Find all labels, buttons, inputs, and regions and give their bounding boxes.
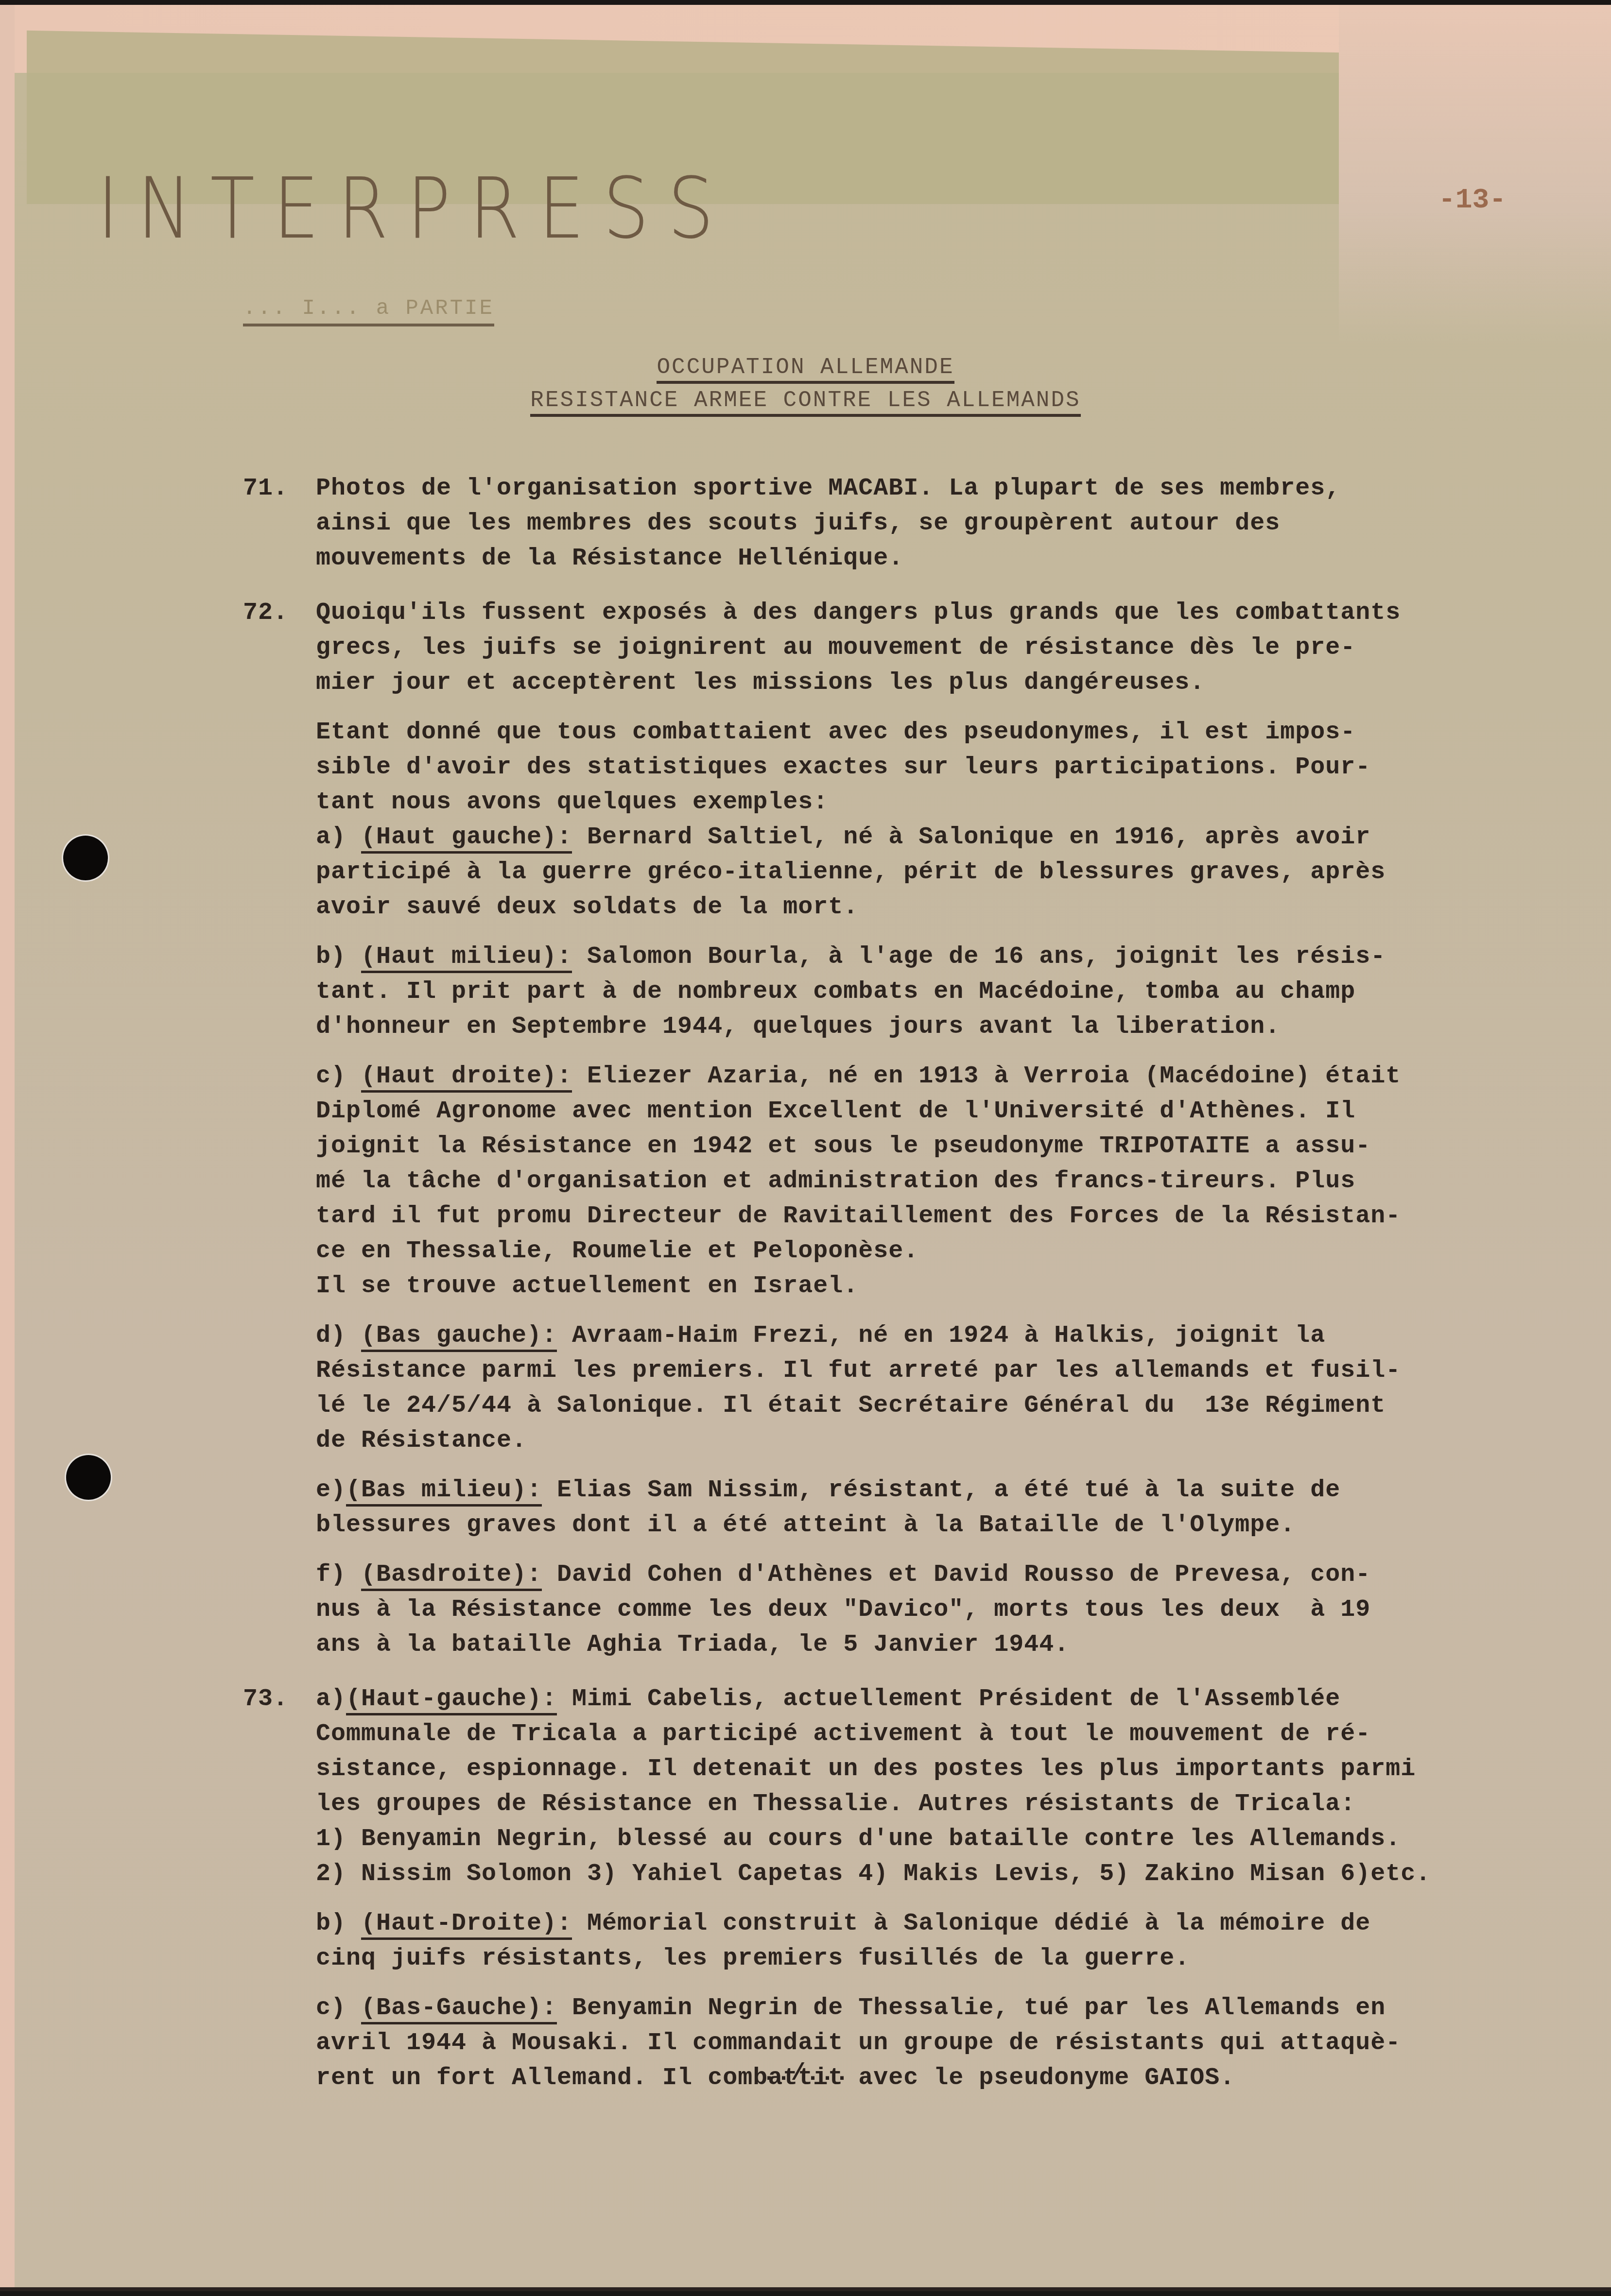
letterhead: INTERPRESS [97, 160, 732, 257]
text-line: d'honneur en Septembre 1944, quelques jo… [316, 1010, 1594, 1045]
text-line: Eliezer Azaria, né en 1913 à Verroia (Ma… [572, 1062, 1401, 1090]
text-line: Diplomé Agronome avec mention Excellent … [316, 1094, 1594, 1129]
text-line: participé à la guerre gréco-italienne, p… [316, 855, 1594, 890]
text-line: tant nous avons quelques exemples: [316, 785, 1594, 820]
text-line: les groupes de Résistance en Thessalie. … [316, 1787, 1594, 1822]
item-label: b) [316, 943, 346, 971]
position-tag: (Bas gauche): [361, 1322, 557, 1352]
item-a: a) (Haut gauche): Bernard Saltiel, né à … [316, 820, 1594, 925]
item-e: e)(Bas milieu): Elias Sam Nissim, résist… [316, 1473, 1594, 1543]
text-line: Salomon Bourla, à l'age de 16 ans, joign… [572, 943, 1386, 971]
text-line: ainsi que les membres des scouts juifs, … [316, 506, 1594, 541]
part-heading: ... I... a PARTIE [243, 296, 494, 326]
item-b: b) (Haut milieu): Salomon Bourla, à l'ag… [316, 940, 1594, 1045]
text-line: ans à la bataille Aghia Triada, le 5 Jan… [316, 1628, 1594, 1662]
text-line: cinq juifs résistants, les premiers fusi… [316, 1941, 1594, 1976]
text-line: tant. Il prit part à de nombreux combats… [316, 975, 1594, 1010]
item-label: e) [316, 1476, 346, 1504]
paragraph-71: 71. Photos de l'organisation sportive MA… [243, 471, 1594, 576]
position-tag: (Basdroite): [361, 1561, 542, 1591]
punch-hole-icon [63, 836, 108, 880]
text-line: ce en Thessalie, Roumelie et Peloponèse. [316, 1234, 1594, 1269]
text-line: de Résistance. [316, 1423, 1594, 1458]
text-line: Bernard Saltiel, né à Salonique en 1916,… [572, 823, 1370, 851]
position-tag: (Haut-gauche): [346, 1685, 557, 1715]
item-c: c) (Haut droite): Eliezer Azaria, né en … [316, 1059, 1594, 1304]
text-line: nus à la Résistance comme les deux "Davi… [316, 1593, 1594, 1628]
text-line: David Cohen d'Athènes et David Rousso de… [542, 1561, 1370, 1589]
text-line: Résistance parmi les premiers. Il fut ar… [316, 1354, 1594, 1388]
document-page: INTERPRESS -13- ... I... a PARTIE OCCUPA… [0, 5, 1611, 2291]
text-line: grecs, les juifs se joignirent au mouvem… [316, 631, 1594, 666]
item-f: f) (Basdroite): David Cohen d'Athènes et… [316, 1558, 1594, 1662]
text-line: Benyamin Negrin de Thessalie, tué par le… [557, 1994, 1386, 2022]
continuation-mark: ../... [0, 2060, 1611, 2088]
item-label: a) [316, 823, 346, 851]
title-line-2: RESISTANCE ARMEE CONTRE LES ALLEMANDS [530, 388, 1080, 417]
item-label: c) [316, 1994, 346, 2022]
intro: Etant donné que tous combattaient avec d… [316, 715, 1594, 820]
paragraph-73: 73. a)(Haut-gauche): Mimi Cabelis, actue… [243, 1682, 1594, 2096]
text-line: Il se trouve actuellement en Israel. [316, 1269, 1594, 1304]
text-line: Communale de Tricala a participé activem… [316, 1717, 1594, 1752]
scan-edge-bottom [0, 2287, 1611, 2291]
text-line: mé la tâche d'organisation et administra… [316, 1164, 1594, 1199]
paper-edge-left [0, 5, 15, 2291]
text-line: avoir sauvé deux soldats de la mort. [316, 890, 1594, 925]
text-line: Etant donné que tous combattaient avec d… [316, 715, 1594, 750]
text-line: blessures graves dont il a été atteint à… [316, 1508, 1594, 1543]
position-tag: (Haut droite): [361, 1062, 572, 1093]
paragraph-number: 72. [243, 596, 288, 631]
item-d: d) (Bas gauche): Avraam-Haim Frezi, né e… [316, 1319, 1594, 1458]
text-line: avril 1944 à Mousaki. Il commandait un g… [316, 2026, 1594, 2061]
text-line: tard il fut promu Directeur de Ravitaill… [316, 1199, 1594, 1234]
item-label: f) [316, 1561, 346, 1589]
text-line: mier jour et acceptèrent les missions le… [316, 666, 1594, 701]
page-number: -13- [1438, 185, 1506, 216]
text-line: Elias Sam Nissim, résistant, a été tué à… [542, 1476, 1340, 1504]
text-line: lé le 24/5/44 à Salonique. Il était Secr… [316, 1388, 1594, 1423]
position-tag: (Bas milieu): [346, 1476, 542, 1507]
item-label: b) [316, 1910, 346, 1937]
text-line: 1) Benyamin Negrin, blessé au cours d'un… [316, 1822, 1594, 1857]
text-line: 2) Nissim Solomon 3) Yahiel Capetas 4) M… [316, 1857, 1594, 1892]
text-line: joignit la Résistance en 1942 et sous le… [316, 1129, 1594, 1164]
position-tag: (Haut milieu): [361, 943, 572, 973]
text-line: Avraam-Haim Frezi, né en 1924 à Halkis, … [557, 1322, 1325, 1350]
text-line: Mémorial construit à Salonique dédié à l… [572, 1910, 1370, 1937]
paper-edge-right [1339, 5, 1611, 345]
document-body: 71. Photos de l'organisation sportive MA… [243, 471, 1594, 2115]
paragraph-72: 72. Quoiqu'ils fussent exposés à des dan… [243, 596, 1594, 1662]
item-label: c) [316, 1062, 346, 1090]
position-tag: (Bas-Gauche): [361, 1994, 557, 2024]
position-tag: (Haut-Droite): [361, 1910, 572, 1940]
item-b: b) (Haut-Droite): Mémorial construit à S… [316, 1906, 1594, 1976]
title-block: OCCUPATION ALLEMANDE RESISTANCE ARMEE CO… [0, 355, 1611, 417]
position-tag: (Haut gauche): [361, 823, 572, 854]
text-line: sistance, espionnage. Il detenait un des… [316, 1752, 1594, 1787]
text-line: mouvements de la Résistance Hellénique. [316, 541, 1594, 576]
text-line: Photos de l'organisation sportive MACABI… [316, 471, 1594, 506]
paragraph-number: 71. [243, 471, 288, 506]
text-line: Quoiqu'ils fussent exposés à des dangers… [316, 596, 1594, 631]
paragraph-number: 73. [243, 1682, 288, 1717]
item-label: d) [316, 1322, 346, 1350]
text-line: Mimi Cabelis, actuellement Président de … [557, 1685, 1340, 1713]
title-line-1: OCCUPATION ALLEMANDE [657, 355, 954, 384]
punch-hole-icon [66, 1455, 111, 1500]
item-label: a) [316, 1685, 346, 1713]
item-a: a)(Haut-gauche): Mimi Cabelis, actuellem… [316, 1682, 1594, 1892]
text-line: sible d'avoir des statistiques exactes s… [316, 750, 1594, 785]
